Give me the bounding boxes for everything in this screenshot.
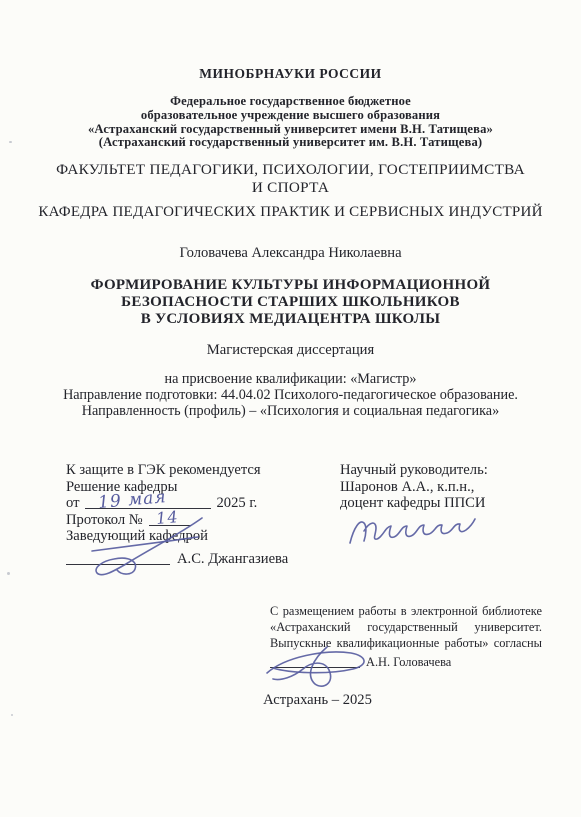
institution-block: Федеральное государственное бюджетное об… (0, 95, 581, 150)
scan-speck (9, 141, 12, 143)
work-type-line: Магистерская диссертация (0, 342, 581, 359)
consent-line-2: «Астраханский государственный университе… (270, 620, 542, 636)
institution-line-3: «Астраханский государственный университе… (0, 123, 581, 137)
head-of-department-signature-icon (84, 514, 216, 582)
date-row: от19 мая2025 г. (66, 495, 326, 512)
supervisor-name: Шаронов А.А., к.п.н., (340, 479, 555, 496)
title-line-1: ФОРМИРОВАНИЕ КУЛЬТУРЫ ИНФОРМАЦИОННОЙ (0, 277, 581, 294)
qualification-line-1: на присвоение квалификации: «Магистр» (0, 372, 581, 388)
institution-line-4: (Астраханский государственный университе… (0, 136, 581, 150)
thesis-title-page: МИНОБРНАУКИ РОССИИ Федеральное государст… (0, 0, 581, 817)
date-fill-line: 19 мая (85, 495, 211, 509)
supervisor-position: доцент кафедры ППСИ (340, 495, 555, 512)
handwritten-date: 19 мая (98, 489, 168, 512)
qualification-block: на присвоение квалификации: «Магистр» На… (0, 372, 581, 419)
date-suffix: 2025 г. (216, 495, 257, 511)
scan-speck (7, 572, 10, 575)
thesis-title: ФОРМИРОВАНИЕ КУЛЬТУРЫ ИНФОРМАЦИОННОЙ БЕЗ… (0, 277, 581, 327)
qualification-line-2: Направление подготовки: 44.04.02 Психоло… (0, 388, 581, 404)
qualification-line-3: Направленность (профиль) – «Психология и… (0, 404, 581, 420)
supervisor-label: Научный руководитель: (340, 462, 555, 479)
city-year-line: Астрахань – 2025 (27, 692, 581, 709)
institution-line-2: образовательное учреждение высшего образ… (0, 109, 581, 123)
ministry-line: МИНОБРНАУКИ РОССИИ (0, 66, 581, 82)
faculty-line: ФАКУЛЬТЕТ ПЕДАГОГИКИ, ПСИХОЛОГИИ, ГОСТЕП… (55, 161, 526, 196)
scan-speck (11, 714, 13, 716)
institution-line-1: Федеральное государственное бюджетное (0, 95, 581, 109)
date-prefix: от (66, 495, 79, 511)
consent-line-1: С размещением работы в электронной библи… (270, 604, 542, 620)
title-line-2: БЕЗОПАСНОСТИ СТАРШИХ ШКОЛЬНИКОВ (0, 294, 581, 311)
recommendation-line: К защите в ГЭК рекомендуется (66, 462, 326, 479)
author-name: Головачева Александра Николаевна (0, 245, 581, 262)
title-line-3: В УСЛОВИЯХ МЕДИАЦЕНТРА ШКОЛЫ (0, 311, 581, 328)
author-signature-icon (263, 641, 385, 691)
approval-right-block: Научный руководитель: Шаронов А.А., к.п.… (340, 462, 555, 512)
department-line: КАФЕДРА ПЕДАГОГИЧЕСКИХ ПРАКТИК И СЕРВИСН… (0, 204, 581, 221)
supervisor-signature-icon (346, 513, 478, 549)
